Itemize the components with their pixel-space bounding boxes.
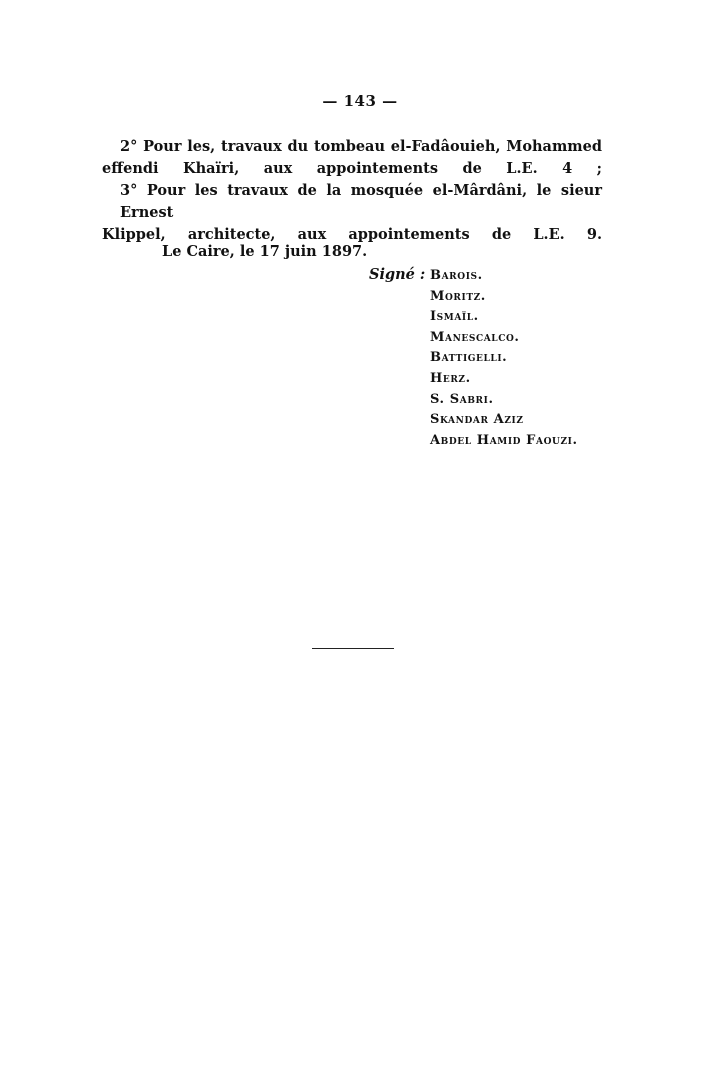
paragraph-line: effendi Khaïri, aux appointements de L.E… [102, 158, 602, 180]
paragraph-item-3: 3° Pour les travaux de la mosquée el-Mâr… [102, 180, 602, 246]
section-divider-rule [312, 648, 394, 649]
paragraph-item-2: 2° Pour les, travaux du tombeau el-Fadâo… [102, 136, 602, 180]
signatory-list: Barois. Moritz. Ismaïl. Manescalco. Batt… [430, 266, 578, 451]
paragraph-line: 3° Pour les travaux de la mosquée el-Mâr… [102, 180, 602, 224]
place-and-date: Le Caire, le 17 juin 1897. [162, 243, 367, 260]
signatory: Manescalco. [430, 328, 578, 349]
signatory: Ismaïl. [430, 307, 578, 328]
signatory: Skandar Aziz [430, 410, 578, 431]
signatory: S. Sabri. [430, 390, 578, 411]
paragraph-line: 2° Pour les, travaux du tombeau el-Fadâo… [102, 136, 602, 158]
signatory: Moritz. [430, 287, 578, 308]
signatory: Barois. [430, 266, 578, 287]
signed-label: Signé : [369, 266, 425, 283]
page-number: — 143 — [0, 92, 720, 110]
signatory: Battigelli. [430, 348, 578, 369]
signatory: Abdel Hamid Faouzi. [430, 431, 578, 452]
signatory: Herz. [430, 369, 578, 390]
